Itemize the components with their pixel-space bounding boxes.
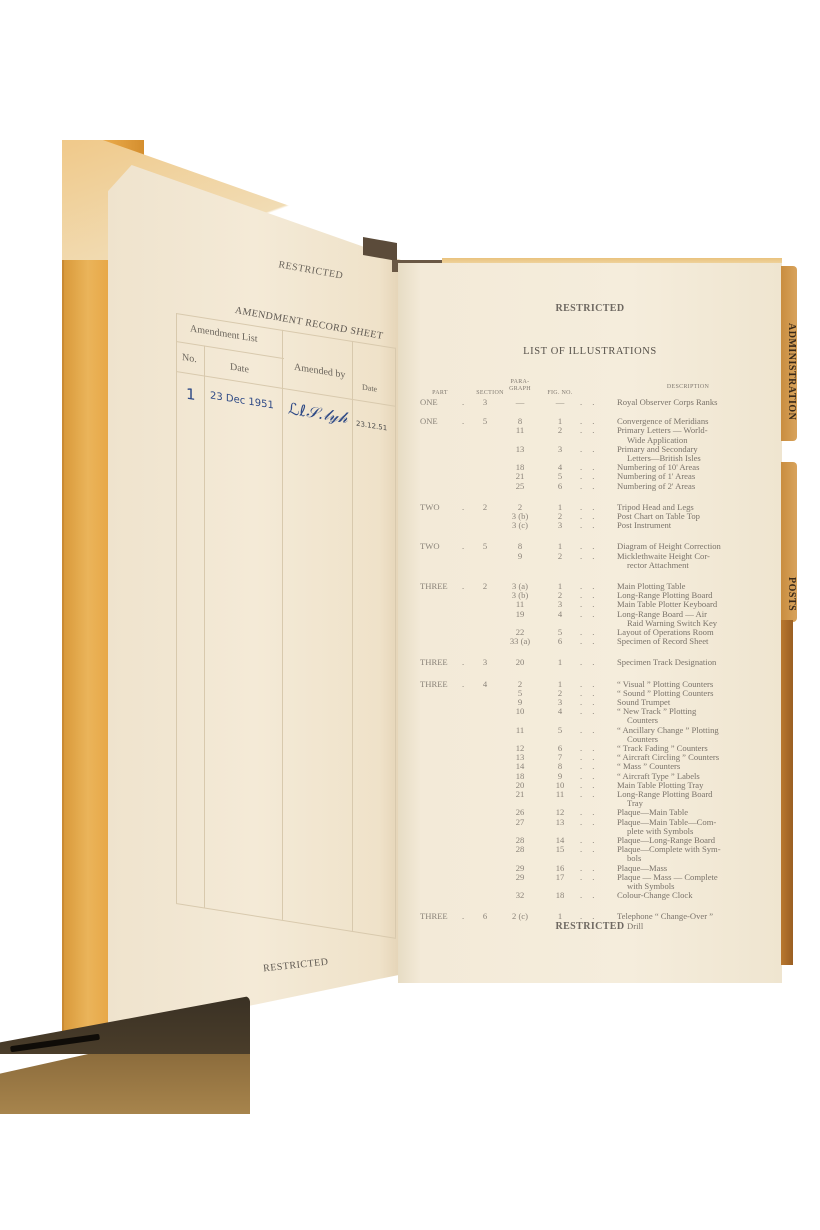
cell-paragraph: 27 xyxy=(502,818,538,827)
cell-description: Long-Range Plotting BoardTray xyxy=(617,790,745,808)
cell-paragraph: 11 xyxy=(502,426,538,435)
cell-section: 2 xyxy=(478,582,492,591)
cell-leader: . . xyxy=(580,790,598,799)
tab-posts[interactable]: POSTS xyxy=(781,462,797,622)
cell-separator: . xyxy=(462,542,464,551)
cell-section: 3 xyxy=(478,658,492,667)
cell-paragraph: 33 (a) xyxy=(502,637,538,646)
cell-leader: . . xyxy=(580,818,598,827)
cell-fig-no: 4 xyxy=(550,610,570,619)
cell-paragraph: 10 xyxy=(502,707,538,716)
col-description: DESCRIPTION xyxy=(638,384,738,391)
cell-description: Primary Letters — World-Wide Application xyxy=(617,426,745,444)
cell-fig-no: 18 xyxy=(550,891,570,900)
cell-fig-no: 13 xyxy=(550,818,570,827)
cell-description: Primary and SecondaryLetters—British Isl… xyxy=(617,445,745,463)
cell-fig-no: 2 xyxy=(550,552,570,561)
cell-leader: . . xyxy=(580,521,598,530)
col-no: No. xyxy=(182,352,197,365)
tab-administration-label: ADMINISTRATION xyxy=(781,266,797,459)
cell-fig-no: — xyxy=(550,398,570,407)
cell-paragraph: 32 xyxy=(502,891,538,900)
cell-part: ONE xyxy=(420,398,460,407)
cell-separator: . xyxy=(462,503,464,512)
restricted-header-left: RESTRICTED xyxy=(278,259,344,281)
cell-paragraph: 21 xyxy=(502,790,538,799)
cell-part: THREE xyxy=(420,658,460,667)
cell-part: TWO xyxy=(420,503,460,512)
cell-separator: . xyxy=(462,398,464,407)
illustrations-title: LIST OF ILLUSTRATIONS xyxy=(398,346,782,357)
cell-fig-no: 3 xyxy=(550,445,570,454)
cell-fig-no: 17 xyxy=(550,873,570,882)
cell-leader: . . xyxy=(580,426,598,435)
brass-weight xyxy=(0,996,250,1114)
cell-description: Plaque—Main Table—Com-plete with Symbols xyxy=(617,818,745,836)
cell-paragraph: 29 xyxy=(502,873,538,882)
cell-leader: . . xyxy=(580,845,598,854)
cell-leader: . . xyxy=(580,445,598,454)
restricted-header-right: RESTRICTED xyxy=(398,303,782,314)
restricted-footer-right: RESTRICTED xyxy=(398,921,782,932)
cell-description: “ New Track ” PlottingCounters xyxy=(617,707,745,725)
cell-section: 2 xyxy=(478,503,492,512)
cell-description: Post Instrument xyxy=(617,521,745,530)
cell-paragraph: 13 xyxy=(502,445,538,454)
cell-fig-no: 6 xyxy=(550,482,570,491)
cell-leader: . . xyxy=(580,891,598,900)
amendment-table: Amendment List No. Date Amended by Date … xyxy=(176,313,396,938)
cell-description: Specimen of Record Sheet xyxy=(617,637,745,646)
cell-paragraph: 11 xyxy=(502,726,538,735)
col-fig-no: FIG. NO. xyxy=(540,390,580,397)
cell-section: 5 xyxy=(478,542,492,551)
cell-description: Colour-Change Clock xyxy=(617,891,745,900)
cell-separator: . xyxy=(462,680,464,689)
cell-fig-no: 3 xyxy=(550,521,570,530)
col-amended-by: Amended by xyxy=(294,362,345,381)
cell-paragraph: 25 xyxy=(502,482,538,491)
restricted-footer-left: RESTRICTED xyxy=(263,957,329,975)
cell-section: 3 xyxy=(478,398,492,407)
cell-leader: . . xyxy=(580,610,598,619)
cell-fig-no: 6 xyxy=(550,637,570,646)
cell-description: “ Ancillary Change ” PlottingCounters xyxy=(617,726,745,744)
right-page: RESTRICTED LIST OF ILLUSTRATIONS PART SE… xyxy=(398,263,782,983)
left-page: RESTRICTED AMENDMENT RECORD SHEET Amendm… xyxy=(108,165,403,1035)
cell-leader: . . xyxy=(580,707,598,716)
cell-paragraph: — xyxy=(502,398,538,407)
cell-leader: . . xyxy=(580,726,598,735)
col-part: PART xyxy=(418,390,462,397)
cell-leader: . . xyxy=(580,398,598,407)
cell-description: Plaque—Complete with Sym-bols xyxy=(617,845,745,863)
col-group-amendment-list: Amendment List xyxy=(190,323,258,345)
cell-leader: . . xyxy=(580,637,598,646)
cell-fig-no: 4 xyxy=(550,707,570,716)
col-date: Date xyxy=(230,362,249,376)
cell-section: 4 xyxy=(478,680,492,689)
cell-part: ONE xyxy=(420,417,460,426)
entry-no: 1 xyxy=(186,385,196,405)
tab-stack-edge xyxy=(781,620,793,965)
cell-description: Royal Observer Corps Ranks xyxy=(617,398,745,407)
cell-separator: . xyxy=(462,417,464,426)
tab-administration[interactable]: ADMINISTRATION xyxy=(781,266,797,441)
cell-fig-no: 5 xyxy=(550,726,570,735)
cell-fig-no: 15 xyxy=(550,845,570,854)
cell-part: THREE xyxy=(420,680,460,689)
cell-description: Numbering of 2' Areas xyxy=(617,482,745,491)
book-photo: RESTRICTED AMENDMENT RECORD SHEET Amendm… xyxy=(0,0,820,1230)
cell-leader: . . xyxy=(580,482,598,491)
cell-description: Specimen Track Designation xyxy=(617,658,745,667)
cell-part: TWO xyxy=(420,542,460,551)
cell-paragraph: 20 xyxy=(502,658,538,667)
entry-date: 23 Dec 1951 xyxy=(210,390,274,411)
cell-paragraph: 19 xyxy=(502,610,538,619)
cell-description: Plaque — Mass — Completewith Symbols xyxy=(617,873,745,891)
cell-paragraph: 9 xyxy=(502,552,538,561)
col-date-2: Date xyxy=(362,382,377,393)
cell-fig-no: 11 xyxy=(550,790,570,799)
cell-description: Long-Range Board — AirRaid Warning Switc… xyxy=(617,610,745,628)
cell-description: Micklethwaite Height Cor-rector Attachme… xyxy=(617,552,745,570)
cell-fig-no: 2 xyxy=(550,426,570,435)
cell-fig-no: 1 xyxy=(550,658,570,667)
cell-separator: . xyxy=(462,582,464,591)
cell-leader: . . xyxy=(580,873,598,882)
cell-leader: . . xyxy=(580,658,598,667)
cell-separator: . xyxy=(462,658,464,667)
entry-date-2: 23.12.51 xyxy=(356,420,387,433)
cell-paragraph: 28 xyxy=(502,845,538,854)
cell-section: 5 xyxy=(478,417,492,426)
entry-signature: ℒℓ𝒮.𝓁𝓎𝒽 xyxy=(288,399,347,428)
cell-leader: . . xyxy=(580,552,598,561)
col-paragraph: PARA-GRAPH xyxy=(502,379,538,393)
cell-paragraph: 3 (c) xyxy=(502,521,538,530)
cell-part: THREE xyxy=(420,582,460,591)
